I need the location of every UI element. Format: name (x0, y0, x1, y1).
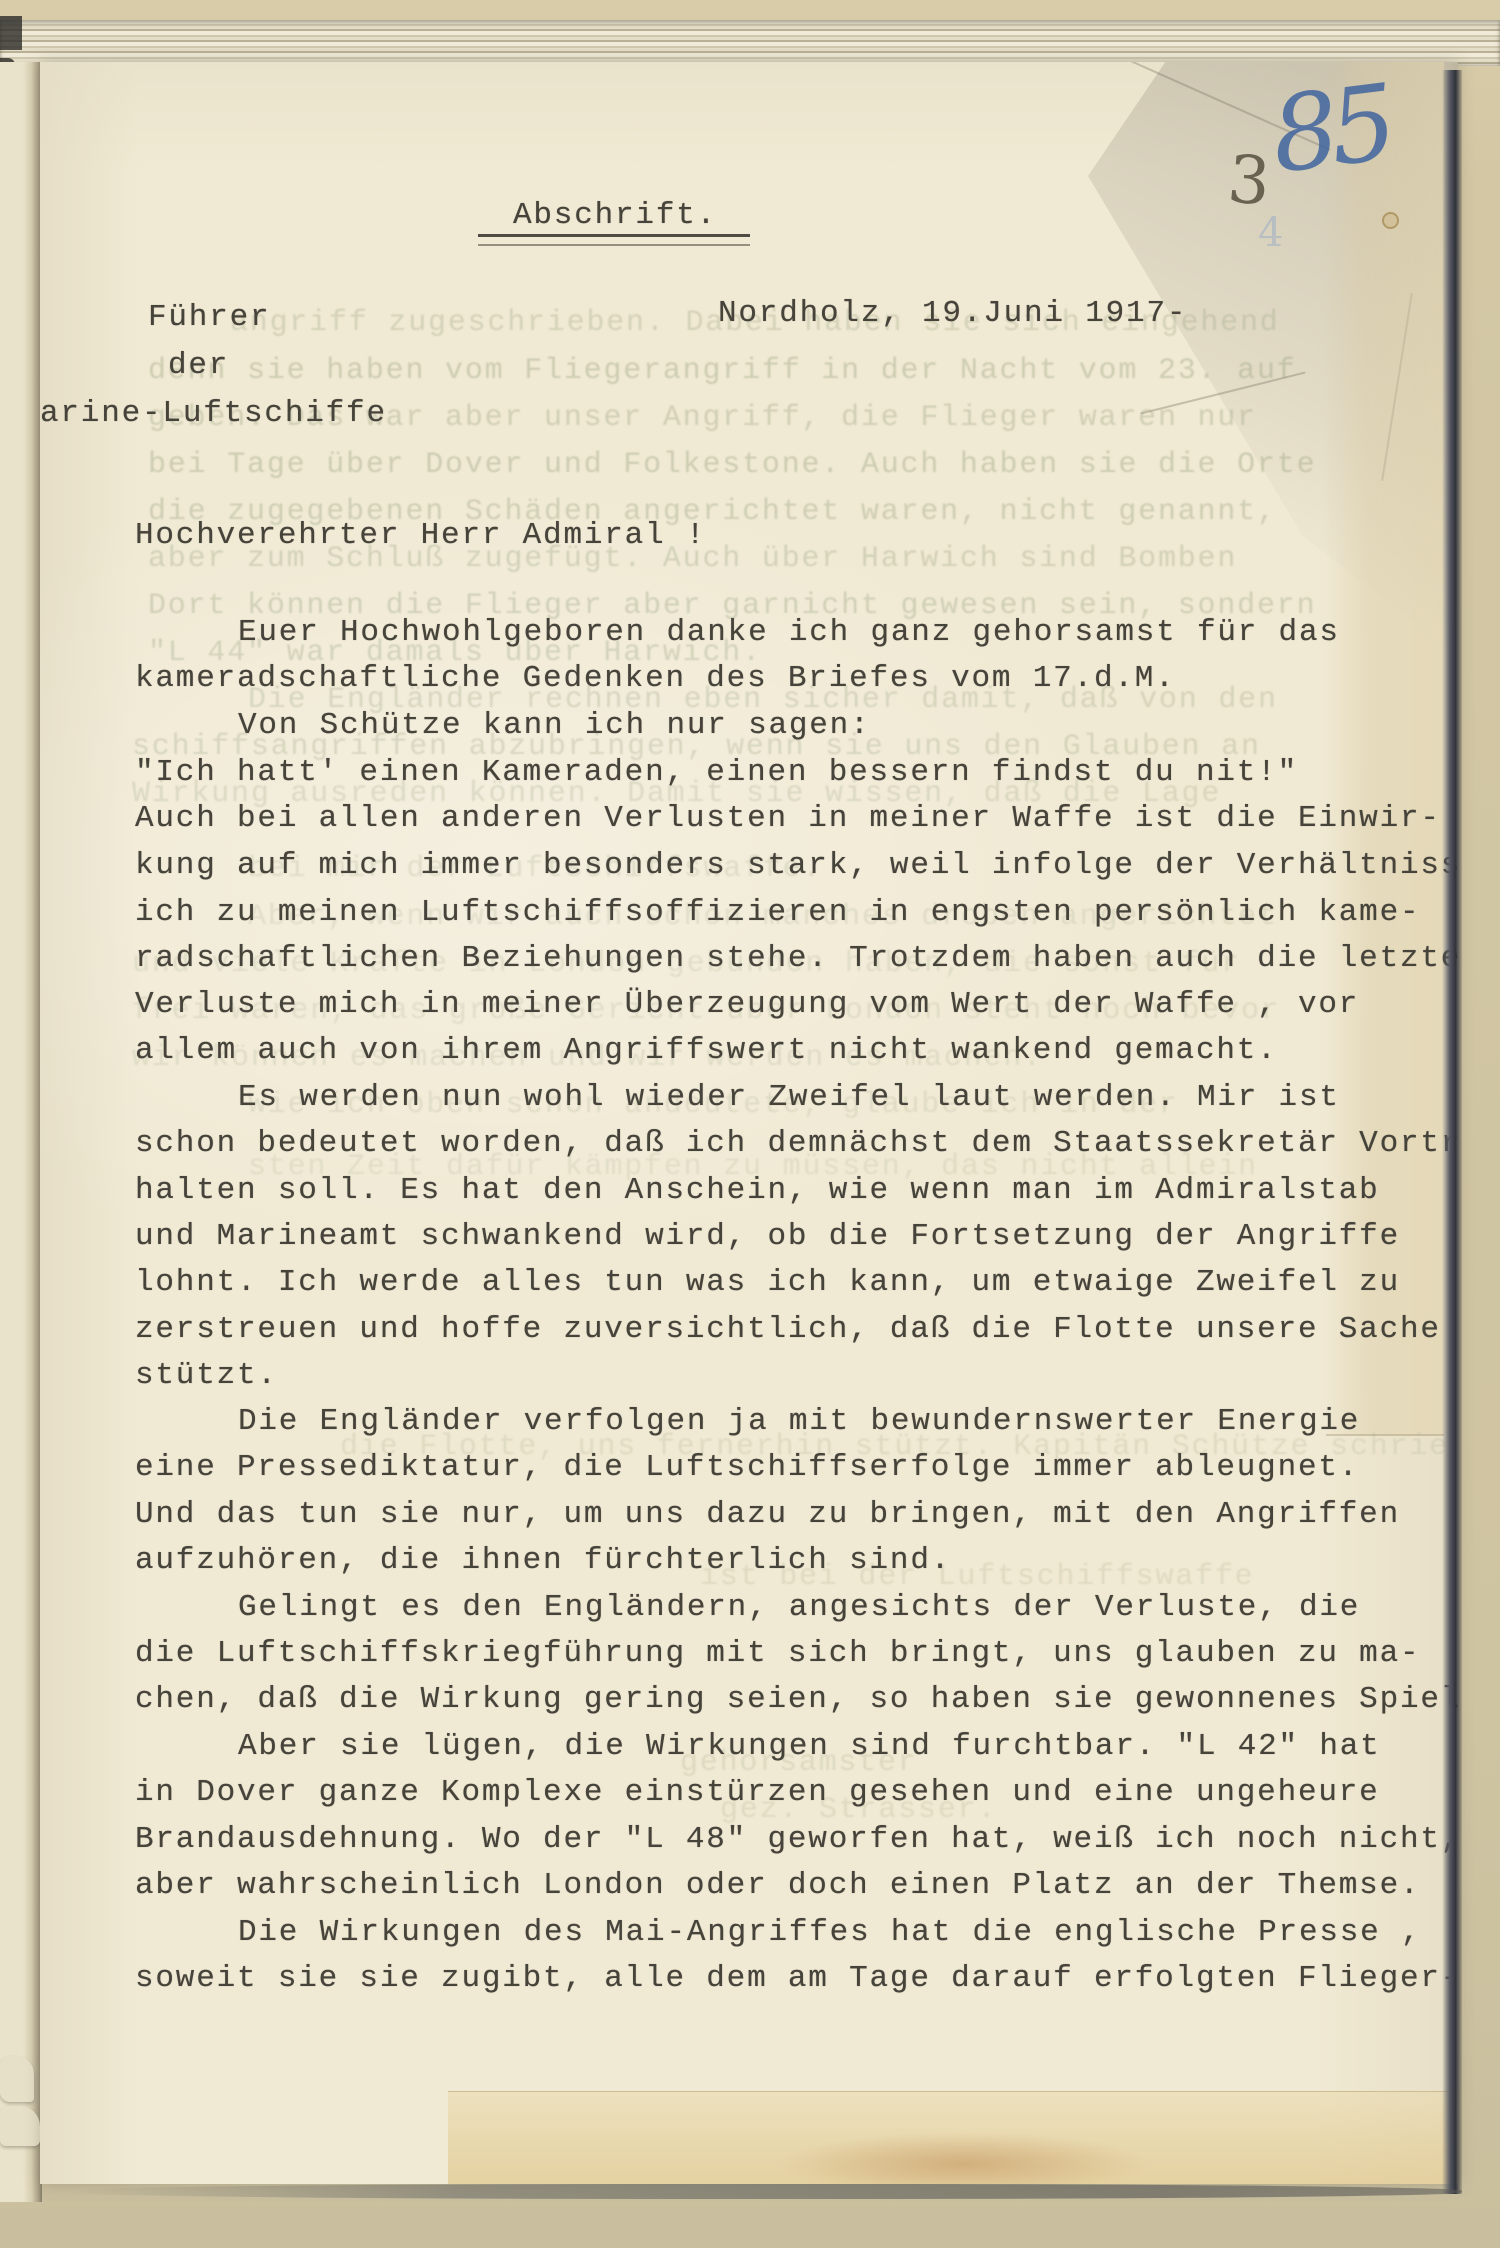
blue-crayon-page-number: 85 (1265, 62, 1395, 197)
typed-line: Die Engländer verfolgen ja mit bewundern… (238, 1406, 1360, 1437)
typed-line: allem auch von ihrem Angriffswert nicht … (135, 1035, 1278, 1066)
typed-line: und Marineamt schwankend wird, ob die Fo… (135, 1221, 1400, 1252)
typed-line: chen, daß die Wirkung gering seien, so h… (135, 1684, 1458, 1715)
dateline: Nordholz, 19.Juni 1917- (718, 298, 1187, 329)
typed-line: Auch bei allen anderen Verlusten in mein… (135, 803, 1441, 834)
typed-line: Es werden nun wohl wieder Zweifel laut w… (238, 1082, 1340, 1113)
typed-line: kameradschaftliche Gedenken des Briefes … (135, 663, 1176, 694)
faint-blue-mark: 4 (1258, 210, 1283, 256)
binding-dark-corner (0, 16, 22, 50)
typed-line: aufzuhören, die ihnen fürchterlich sind. (135, 1545, 951, 1576)
typed-line: soweit sie sie zugibt, alle dem am Tage … (135, 1963, 1458, 1994)
document-title: Abschrift. (513, 200, 717, 231)
typed-line: Aber sie lügen, die Wirkungen sind furch… (238, 1731, 1381, 1762)
typed-line: stützt. (135, 1360, 278, 1391)
typed-line: halten soll. Es hat den Anschein, wie we… (135, 1175, 1380, 1206)
typed-line: Von Schütze kann ich nur sagen: (238, 710, 871, 741)
under-page-corner (0, 2056, 34, 2102)
typed-line: aber wahrscheinlich London oder doch ein… (135, 1870, 1420, 1901)
typed-line: Und das tun sie nur, um uns dazu zu brin… (135, 1499, 1400, 1530)
typed-line: schon bedeutet worden, daß ich demnächst… (135, 1128, 1458, 1159)
typed-line: ich zu meinen Luftschiffsoffizieren in e… (135, 897, 1420, 928)
book-spine-edge (1442, 70, 1462, 2194)
stain-dot (1382, 212, 1399, 229)
typed-line: Brandausdehnung. Wo der "L 48" geworfen … (135, 1824, 1458, 1855)
typed-line: Die Wirkungen des Mai-Angriffes hat die … (238, 1917, 1421, 1948)
under-page-corner (0, 2106, 40, 2146)
sender-line: der (168, 350, 229, 381)
typed-line: Gelingt es den Engländern, angesichts de… (238, 1592, 1360, 1623)
typed-line: "Ich hatt' einen Kameraden, einen besser… (135, 757, 1298, 788)
page-bottom-shadow (70, 2184, 1462, 2199)
typed-line: zerstreuen und hoffe zuversichtlich, daß… (135, 1314, 1441, 1345)
bleedthrough-line: bei Tage über Dover und Folkestone. Auch… (148, 450, 1316, 480)
typed-line: in Dover ganze Komplexe einstürzen geseh… (135, 1777, 1380, 1808)
sender-line: arine-Luftschiffe (40, 398, 387, 429)
typed-line: Hochverehrter Herr Admiral ! (135, 520, 706, 551)
tape-repair-bottom (448, 2091, 1458, 2184)
underlying-page-sliver (0, 62, 42, 2202)
typed-line: radschaftlichen Beziehungen stehe. Trotz… (135, 943, 1458, 974)
title-underline (478, 234, 750, 246)
sender-line: Führer (148, 302, 270, 333)
book-page-edges (0, 20, 1500, 66)
typed-line: die Luftschiffskriegführung mit sich bri… (135, 1638, 1420, 1669)
letter-page: angriff zugeschrieben. Dabei haben sie s… (40, 62, 1458, 2184)
typed-line: eine Pressediktatur, die Luftschiffserfo… (135, 1452, 1359, 1483)
pencil-page-number: 3 (1225, 140, 1274, 220)
archive-scan: angriff zugeschrieben. Dabei haben sie s… (0, 0, 1500, 2248)
typed-line: Euer Hochwohlgeboren danke ich ganz geho… (238, 617, 1340, 648)
bleedthrough-line: denn sie haben vom Fliegerangriff in der… (148, 356, 1297, 386)
tape-stain (731, 2120, 1197, 2184)
typed-line: Verluste mich in meiner Überzeugung vom … (135, 989, 1359, 1020)
typed-line: lohnt. Ich werde alles tun was ich kann,… (135, 1267, 1400, 1298)
typed-line: kung auf mich immer besonders stark, wei… (135, 850, 1458, 881)
